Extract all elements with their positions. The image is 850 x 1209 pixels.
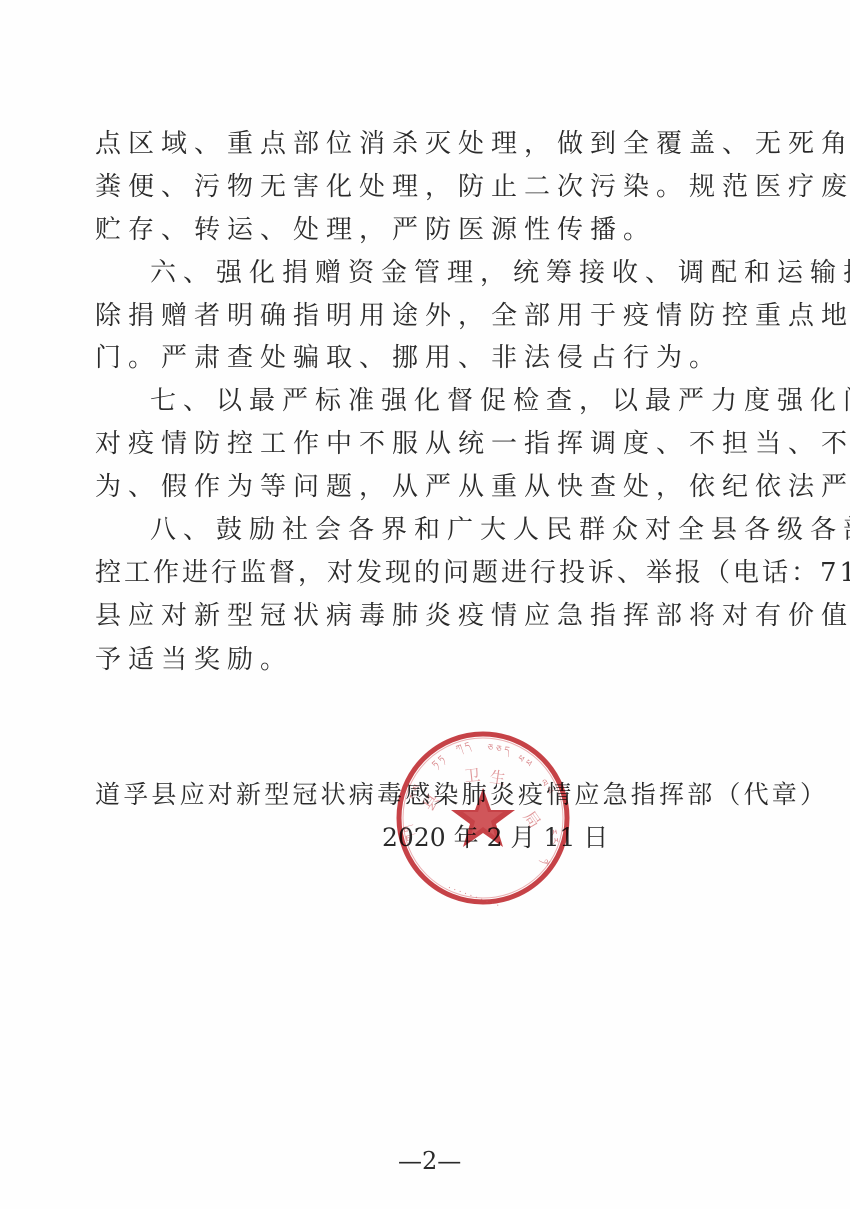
paragraph-line: 点区域、重点部位消杀灭处理，做到全覆盖、无死角。强化垃圾、 xyxy=(95,123,850,166)
svg-text:· · · · · · · · · ·: · · · · · · · · · · xyxy=(446,883,501,906)
item-8-line: 控工作进行监督，对发现的问题进行投诉、举报（电话：7122450）， xyxy=(95,552,850,595)
item-8-line: 八、鼓励社会各界和广大人民群众对全县各级各部门疫情防 xyxy=(150,509,850,552)
svg-text:ག ག: ག ག xyxy=(402,824,418,842)
svg-text:ར ར: ར ར xyxy=(547,829,559,845)
svg-text:ཕ ཕ: ཕ ཕ xyxy=(516,754,534,770)
svg-text:ན: ན xyxy=(538,856,551,867)
official-seal-icon: ཏ ཏ ཀ ད ཅ ཅ ད ཕ ཕ ལ ལ ས ས ག ག ར ར ན · · … xyxy=(395,730,571,906)
item-8-line: 予适当奖励。 xyxy=(95,639,293,682)
svg-text:ཅ ཅ ད: ཅ ཅ ད xyxy=(486,743,511,758)
svg-text:ཏ ཏ: ཏ ཏ xyxy=(431,754,449,772)
svg-text:ལ ལ: ལ ལ xyxy=(538,778,555,796)
item-6-line: 六、强化捐赠资金管理，统筹接收、调配和运输捐赠物资， xyxy=(150,252,850,295)
svg-text:ས ས: ས ས xyxy=(408,783,423,801)
item-6-line: 除捐赠者明确指明用途外，全部用于疫情防控重点地区、重点部 xyxy=(95,295,850,338)
paragraph-line: 粪便、污物无害化处理，防止二次污染。规范医疗废弃物的收集、 xyxy=(95,166,850,209)
paragraph-line: 贮存、转运、处理，严防医源性传播。 xyxy=(95,209,656,252)
svg-text:ཀ ད: ཀ ད xyxy=(455,741,473,757)
item-8-line: 县应对新型冠状病毒肺炎疫情应急指挥部将对有价值的线索给 xyxy=(95,595,850,638)
page-number: —2— xyxy=(398,1146,461,1176)
item-7-line: 七、以最严标准强化督促检查，以最严力度强化问责问效， xyxy=(150,380,850,423)
svg-text:局: 局 xyxy=(520,807,545,831)
svg-text:生: 生 xyxy=(488,767,507,788)
item-7-line: 对疫情防控工作中不服从统一指挥调度、不担当、不作为、慢作 xyxy=(95,423,850,466)
svg-text:卫: 卫 xyxy=(463,765,481,786)
item-6-line: 门。严肃查处骗取、挪用、非法侵占行为。 xyxy=(95,337,722,380)
document-page: 点区域、重点部位消杀灭处理，做到全覆盖、无死角。强化垃圾、 粪便、污物无害化处理… xyxy=(0,0,850,1209)
item-7-line: 为、假作为等问题，从严从重从快查处，依纪依法严肃追究责任。 xyxy=(95,466,850,509)
svg-text:县: 县 xyxy=(419,790,444,814)
